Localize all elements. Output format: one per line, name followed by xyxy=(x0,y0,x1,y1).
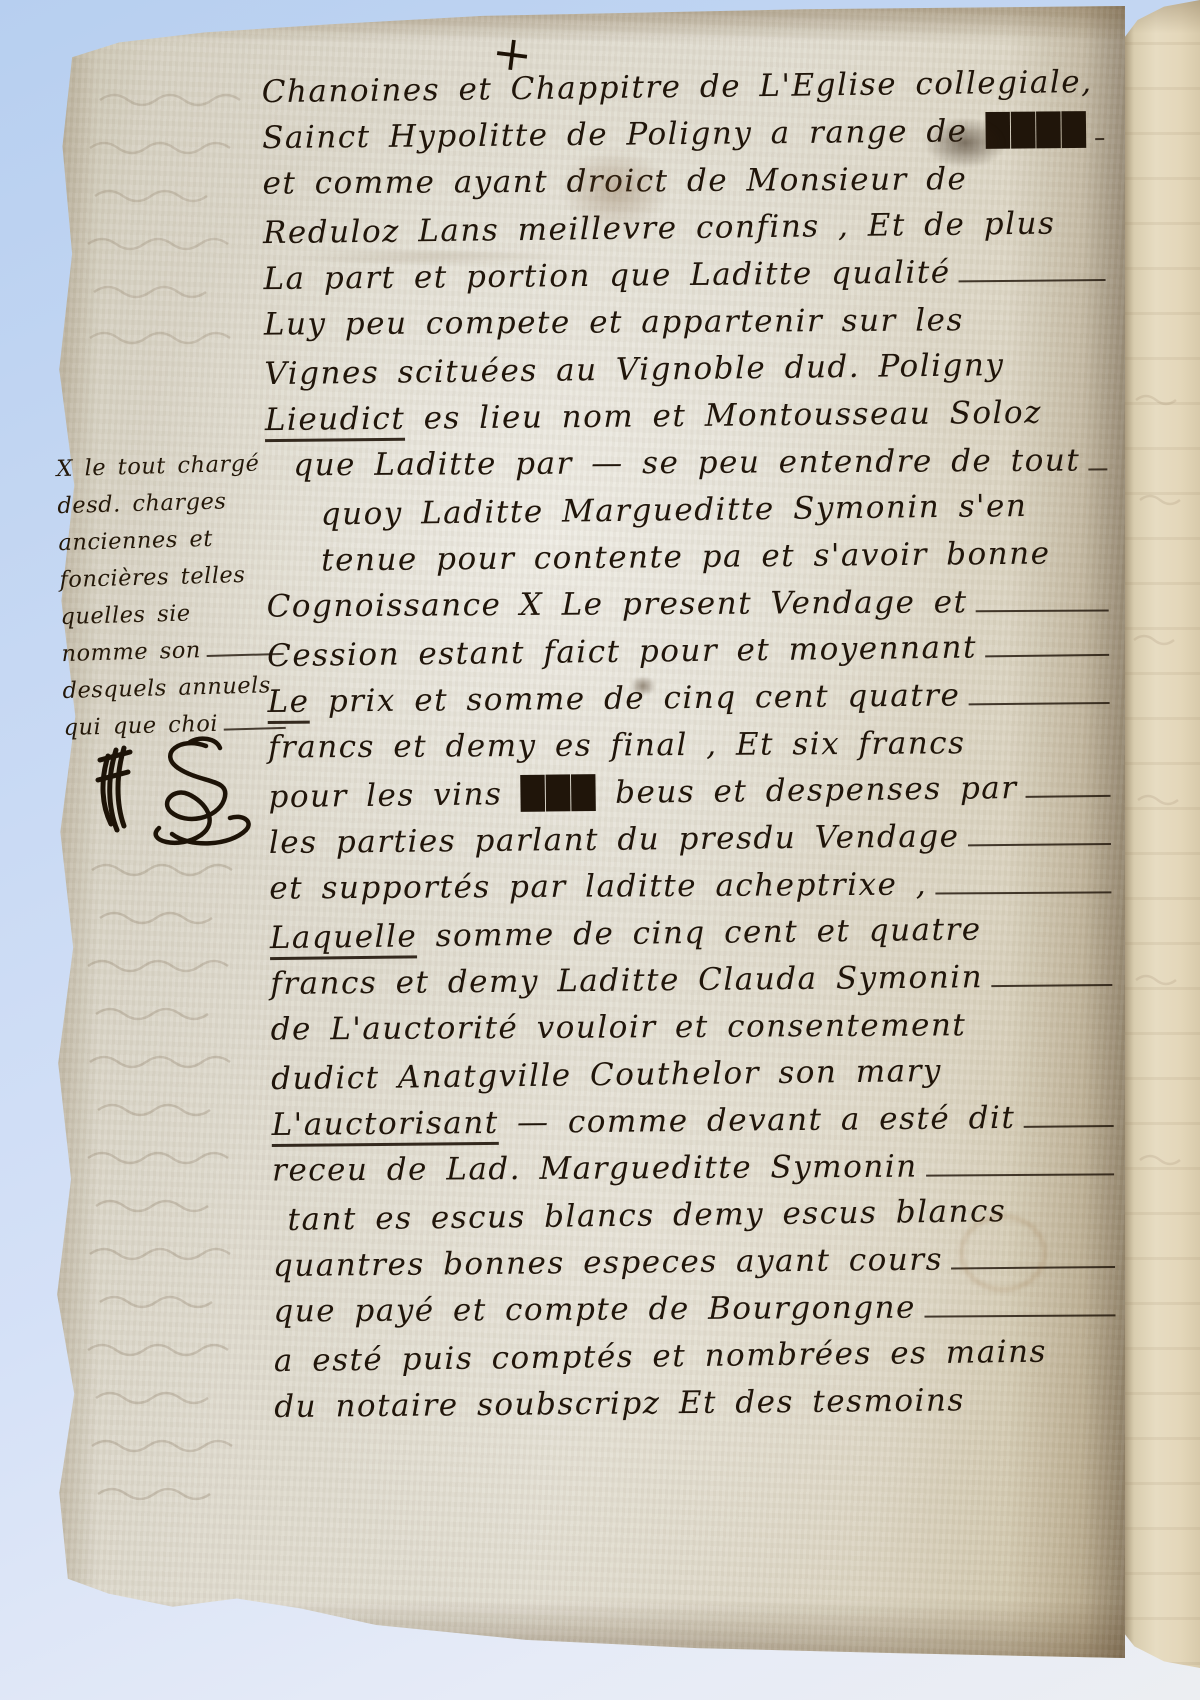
main-text-block: Chanoines et Chappitre de L'Eglise colle… xyxy=(261,60,1118,1431)
margin-note-line: nomme son xyxy=(61,630,284,673)
manuscript-line: Cognoissance X Le present Vendage et xyxy=(267,578,1111,630)
manuscript-line: et supportés par laditte acheptrixe , xyxy=(269,860,1113,912)
manuscript-line: Lieudict es lieu nom et Montousseau Solo… xyxy=(265,389,1109,444)
manuscript-line: francs et demy es final , Et six francs xyxy=(268,719,1112,771)
margin-note-line: X le tout chargé xyxy=(56,445,279,488)
margin-note-block: X le tout chargédesd. chargesanciennes e… xyxy=(56,445,286,747)
paraph-signature xyxy=(78,732,258,852)
manuscript-line: L'auctorisant — comme devant a esté dit xyxy=(271,1094,1115,1149)
manuscript-line: du notaire soubscripz Et des tesmoins xyxy=(274,1376,1118,1431)
manuscript-line: La part et portion que Laditte qualité xyxy=(263,248,1107,303)
manuscript-line: que payé et compte de Bourgongne xyxy=(273,1283,1117,1335)
margin-note-line: anciennes et xyxy=(58,519,281,562)
margin-note-line: quelles sie xyxy=(60,593,283,636)
manuscript-line: francs et demy Laditte Clauda Symonin xyxy=(270,953,1114,1008)
manuscript-line: tenue pour contente pa et s'avoir bonne xyxy=(321,530,1110,585)
margin-note-line: foncières telles xyxy=(59,556,282,599)
manuscript-line: quantres bonnes especes ayant cours xyxy=(273,1235,1117,1290)
facing-page-edge xyxy=(1120,0,1200,1668)
manuscript-line: que Laditte par — se peu entendre de tou… xyxy=(293,437,1109,489)
manuscript-line: les parties parlant du presdu Vendage xyxy=(269,812,1113,867)
photo-background: { "photo": { "background_color": "#c6d8f… xyxy=(0,0,1200,1700)
manuscript-line: et comme ayant droict de Monsieur de xyxy=(262,155,1106,207)
manuscript-line: receu de Lad. Margueditte Symonin xyxy=(272,1142,1116,1194)
manuscript-line: Sainct Hypolitte de Poligny a range de █… xyxy=(262,107,1106,162)
manuscript-line: quoy Laditte Margueditte Symonin s'en xyxy=(320,482,1110,539)
manuscript-line: de L'auctorité vouloir et consentement xyxy=(271,1001,1115,1053)
manuscript-line: Le prix et somme de cinq cent quatre xyxy=(267,671,1111,726)
margin-note-line: desquels annuels xyxy=(62,667,285,710)
margin-note-line: desd. charges xyxy=(57,482,280,525)
manuscript-line: Luy peu compete et appartenir sur les xyxy=(264,296,1108,348)
